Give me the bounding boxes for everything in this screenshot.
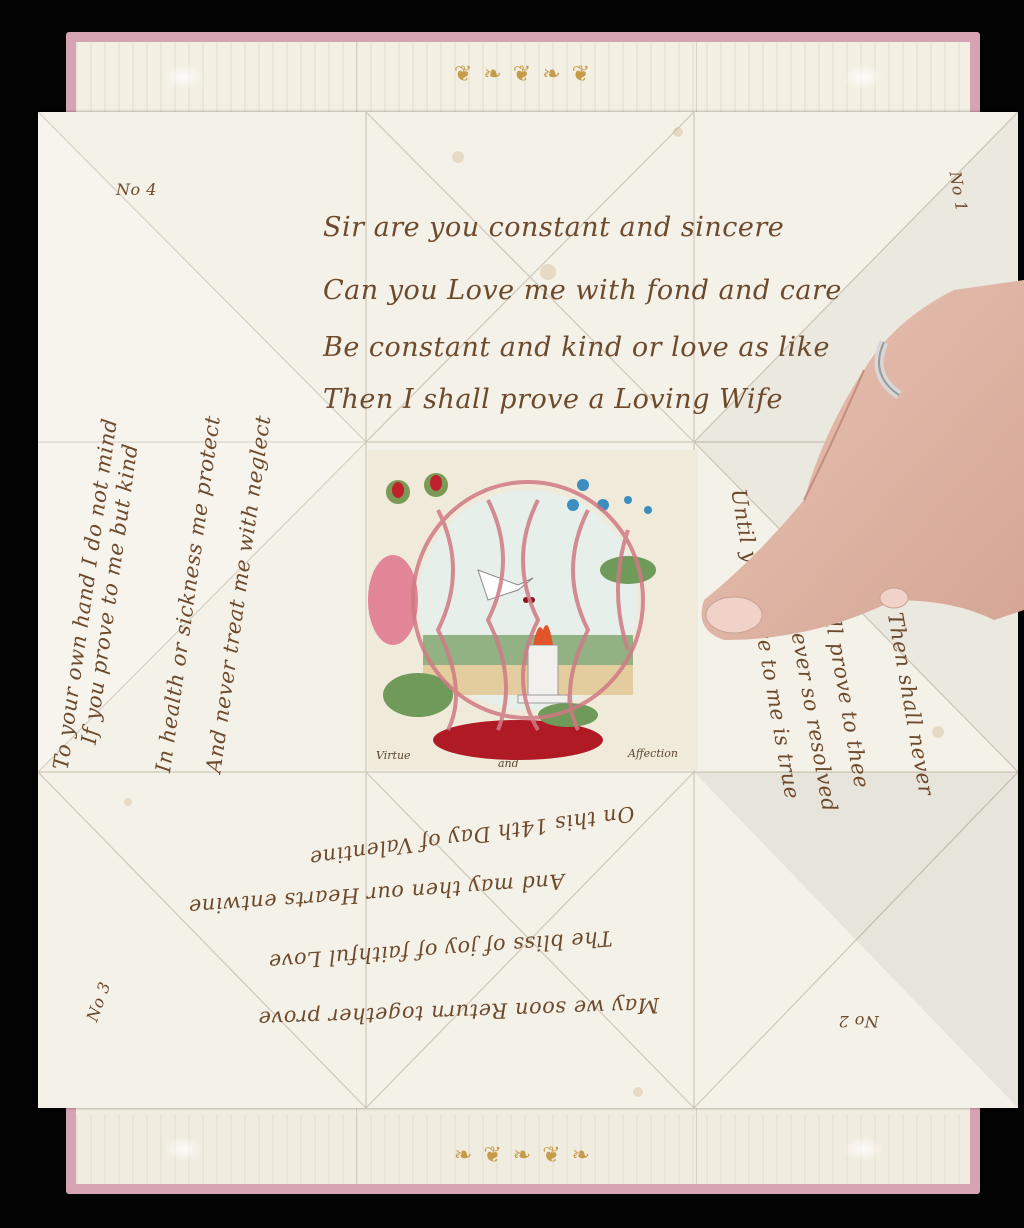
caption-and: and <box>498 757 519 770</box>
caption-virtue: Virtue <box>376 749 411 762</box>
panel-number-top-left: No 4 <box>116 180 157 199</box>
painted-vignette: Virtue and Affection <box>368 450 698 770</box>
gilt-sprig-top-icon: ❦ ❧ ❦ ❧ ❦ <box>454 62 592 87</box>
gilt-sprig-bottom-icon: ❧ ❦ ❧ ❦ ❧ <box>454 1143 592 1168</box>
vignette-illustration <box>368 450 698 770</box>
caption-affection: Affection <box>628 747 678 760</box>
hand-holding-flap <box>694 280 1024 660</box>
verse-line: Sir are you constant and sincere <box>323 212 784 243</box>
panel-number-bottom-right: No 2 <box>838 1012 879 1031</box>
